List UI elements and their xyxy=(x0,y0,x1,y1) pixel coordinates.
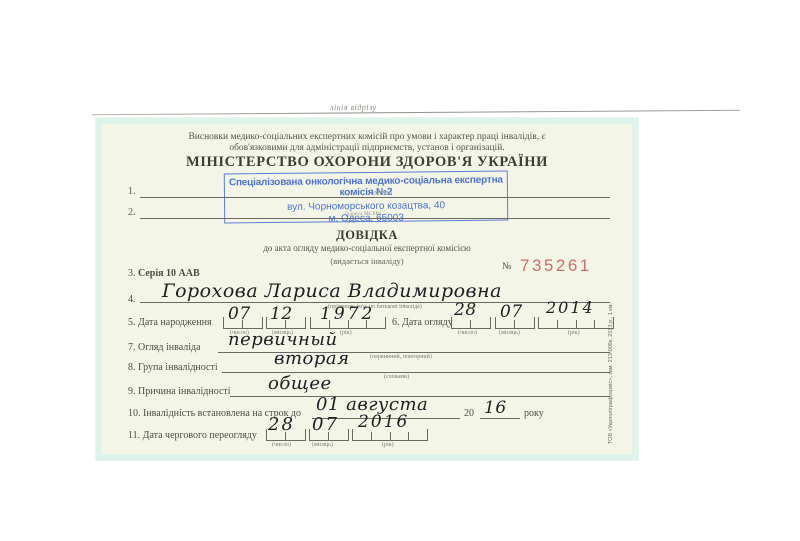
printer-imprint: ТОВ «Укрполіграфсервіс», зам. 213-009к, … xyxy=(608,284,618,444)
disability-group-hint: (словами) xyxy=(384,374,409,380)
exam-type-label: 7. Огляд інваліда xyxy=(128,342,201,353)
exam-year-value: 2014 xyxy=(546,298,595,317)
stamp-commission-name: Спеціалізована онкологічна медико-соціал… xyxy=(225,175,507,200)
number-sign: № xyxy=(502,261,512,272)
document-title: ДОВІДКА xyxy=(102,228,632,243)
exam-month-value: 07 xyxy=(500,302,523,322)
birth-day-value: 07 xyxy=(228,304,251,324)
review-year-value: 2016 xyxy=(358,412,409,432)
serial-value: 10 ААВ xyxy=(166,268,200,279)
disability-cause-label: 9. Причина інвалідності xyxy=(128,386,231,397)
exam-day-hint: (число) xyxy=(458,330,477,336)
exam-day-value: 28 xyxy=(454,300,477,320)
commission-stamp: Спеціалізована онкологічна медико-соціал… xyxy=(224,171,509,224)
review-day-value: 28 xyxy=(268,414,295,435)
header-note-line1: Висновки медико-соціальних експертних ко… xyxy=(102,132,632,143)
header-note-line2: обов'язковими для адміністрації підприєм… xyxy=(102,143,632,154)
ministry-name: МІНІСТЕРСТВО ОХОРОНИ ЗДОРОВ'Я УКРАЇНИ xyxy=(102,154,632,171)
field-4-number: 4. xyxy=(128,294,136,305)
exam-type-value: первичный xyxy=(228,329,338,350)
disability-group-label: 8. Група інвалідності xyxy=(128,362,218,373)
disability-group-value: вторая xyxy=(274,348,350,369)
stamp-micro-address: (адреса МСЕК) xyxy=(345,211,381,217)
review-month-hint: (місяць) xyxy=(312,442,333,448)
line-1-number: 1. xyxy=(128,186,136,197)
review-year-hint: (рік) xyxy=(382,442,394,448)
serial-label: 3. Серія 10 ААВ xyxy=(128,268,200,279)
document-subtitle: до акта огляду медико-соціальної експерт… xyxy=(102,243,632,253)
birth-year-value: 1972 xyxy=(320,304,375,324)
exam-date-label: 6. Дата огляду xyxy=(392,317,453,328)
line-2-number: 2. xyxy=(128,207,136,218)
tear-line xyxy=(92,110,740,116)
exam-year-box xyxy=(538,317,614,329)
next-review-label: 11. Дата чергового переогляду xyxy=(128,430,257,441)
header-note: Висновки медико-соціальних експертних ко… xyxy=(102,132,632,154)
disability-term-year-line xyxy=(480,418,520,419)
stamp-micro-mse: (МСЕК) xyxy=(373,191,392,197)
exam-month-hint: (місяць) xyxy=(499,330,520,336)
exam-type-hint: (первинний, повторний) xyxy=(370,354,432,360)
disability-term-tail: року xyxy=(524,408,544,419)
disability-term-year-value: 16 xyxy=(484,398,507,418)
birth-date-label: 5. Дата народження xyxy=(128,317,212,328)
birth-month-value: 12 xyxy=(270,304,293,324)
disability-certificate: Висновки медико-соціальних експертних ко… xyxy=(96,118,638,460)
full-name-value: Горохова Лариса Владимировна xyxy=(162,280,502,302)
review-month-value: 07 xyxy=(312,414,339,435)
serial-num: 3. xyxy=(128,268,136,279)
disability-term-year-prefix: 20 xyxy=(464,408,474,419)
disability-cause-value: общее xyxy=(268,373,332,394)
field-4-line xyxy=(140,302,610,303)
tear-line-label: лінія відрізу xyxy=(330,103,377,112)
document-number: 735261 xyxy=(520,256,592,276)
exam-year-hint: (рік) xyxy=(568,330,580,336)
serial-word: Серія xyxy=(138,268,164,279)
review-day-hint: (число) xyxy=(272,442,291,448)
birth-year-hint: (рік) xyxy=(340,330,352,336)
